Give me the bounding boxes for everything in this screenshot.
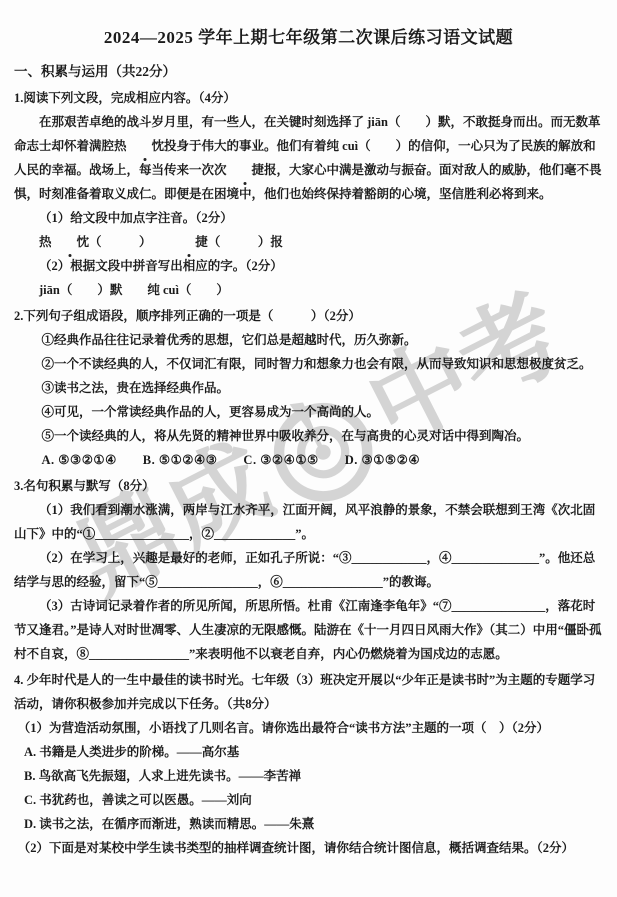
q1-sub2-stem: （2）根据文段中拼音写出相应的字。（2分） <box>14 254 603 278</box>
q3-part3: （3）古诗词记录着作者的所见所闻，所思所悟。杜甫《江南逢李龟年》“⑦______… <box>14 594 603 666</box>
q2-sentence-5: ⑤一个读经典的人，将从先贤的精神世界中吸收养分，在与高贵的心灵对话中得到陶冶。 <box>14 424 603 448</box>
q4-option-a: A. 书籍是人类进步的阶梯。——高尔基 <box>14 740 603 764</box>
q4-sub1-stem: （1）为营造活动氛围，小语找了几则名言。请你选出最符合“读书方法”主题的一项（ … <box>14 716 603 740</box>
q2-sentence-1: ①经典作品往往记录着优秀的思想，它们总是超越时代，历久弥新。 <box>14 328 603 352</box>
q1-stem: 1.阅读下列文段，完成相应内容。（4分） <box>14 86 603 110</box>
q2-choices: A. ⑤③②①④ B. ⑤①②④③ C. ③②④①⑤ D. ③①⑤②④ <box>14 448 603 472</box>
q3-stem: 3.名句积累与默写（8分） <box>14 474 603 498</box>
q4-sub2-stem: （2）下面是对某校中学生读书类型的抽样调查统计图，请你结合统计图信息，概括调查结… <box>14 836 603 860</box>
q3-part1: （1）我们看到潮水涨满，两岸与江水齐平，江面开阔，风平浪静的景象，不禁会联想到王… <box>14 498 603 546</box>
q1-sub1-answer-line: 热忱（ ） 捷（ ）报 <box>14 230 603 254</box>
q2-sentence-2: ②一个不读经典的人，不仅词汇有限，同时智力和想象力也会有限，从而导致知识和思想极… <box>14 352 603 376</box>
q3-part2: （2）在学习上，兴趣是最好的老师，正如孔子所说：“③____________，④… <box>14 546 603 594</box>
q2-stem: 2.下列句子组成语段，顺序排列正确的一项是（ ）（2分） <box>14 304 603 328</box>
paper-content: 2024—2025 学年上期七年级第二次课后练习语文试题 一、积累与运用（共22… <box>0 0 617 860</box>
q1-sub2-answer-line: jiān（ ）默 纯 cuì（ ） <box>14 278 603 302</box>
q4-option-c: C. 书犹药也，善读之可以医愚。——刘向 <box>14 788 603 812</box>
page-title: 2024—2025 学年上期七年级第二次课后练习语文试题 <box>14 26 603 50</box>
q2-sentence-4: ④可见，一个常读经典作品的人，更容易成为一个高尚的人。 <box>14 400 603 424</box>
exam-paper-page: 鼎成 中考 2024—2025 学年上期七年级第二次课后练习语文试题 一、积累与… <box>0 0 617 897</box>
q4-option-d: D. 读书之法，在循序而渐进，熟读而精思。——朱熹 <box>14 812 603 836</box>
section-heading: 一、积累与运用（共22分） <box>14 60 603 84</box>
q1-passage: 在那艰苦卓绝的战斗岁月里，有一些人，在关键时刻选择了 jiān（ ）默，不敢挺身… <box>14 110 603 206</box>
q4-option-b: B. 鸟欲高飞先振翅，人求上进先读书。——李苦禅 <box>14 764 603 788</box>
q4-stem: 4. 少年时代是人的一生中最佳的读书时光。七年级（3）班决定开展以“少年正是读书… <box>14 668 603 716</box>
q2-sentence-3: ③读书之法，贵在选择经典作品。 <box>14 376 603 400</box>
q1-sub1-stem: （1）给文段中加点字注音。（2分） <box>14 206 603 230</box>
